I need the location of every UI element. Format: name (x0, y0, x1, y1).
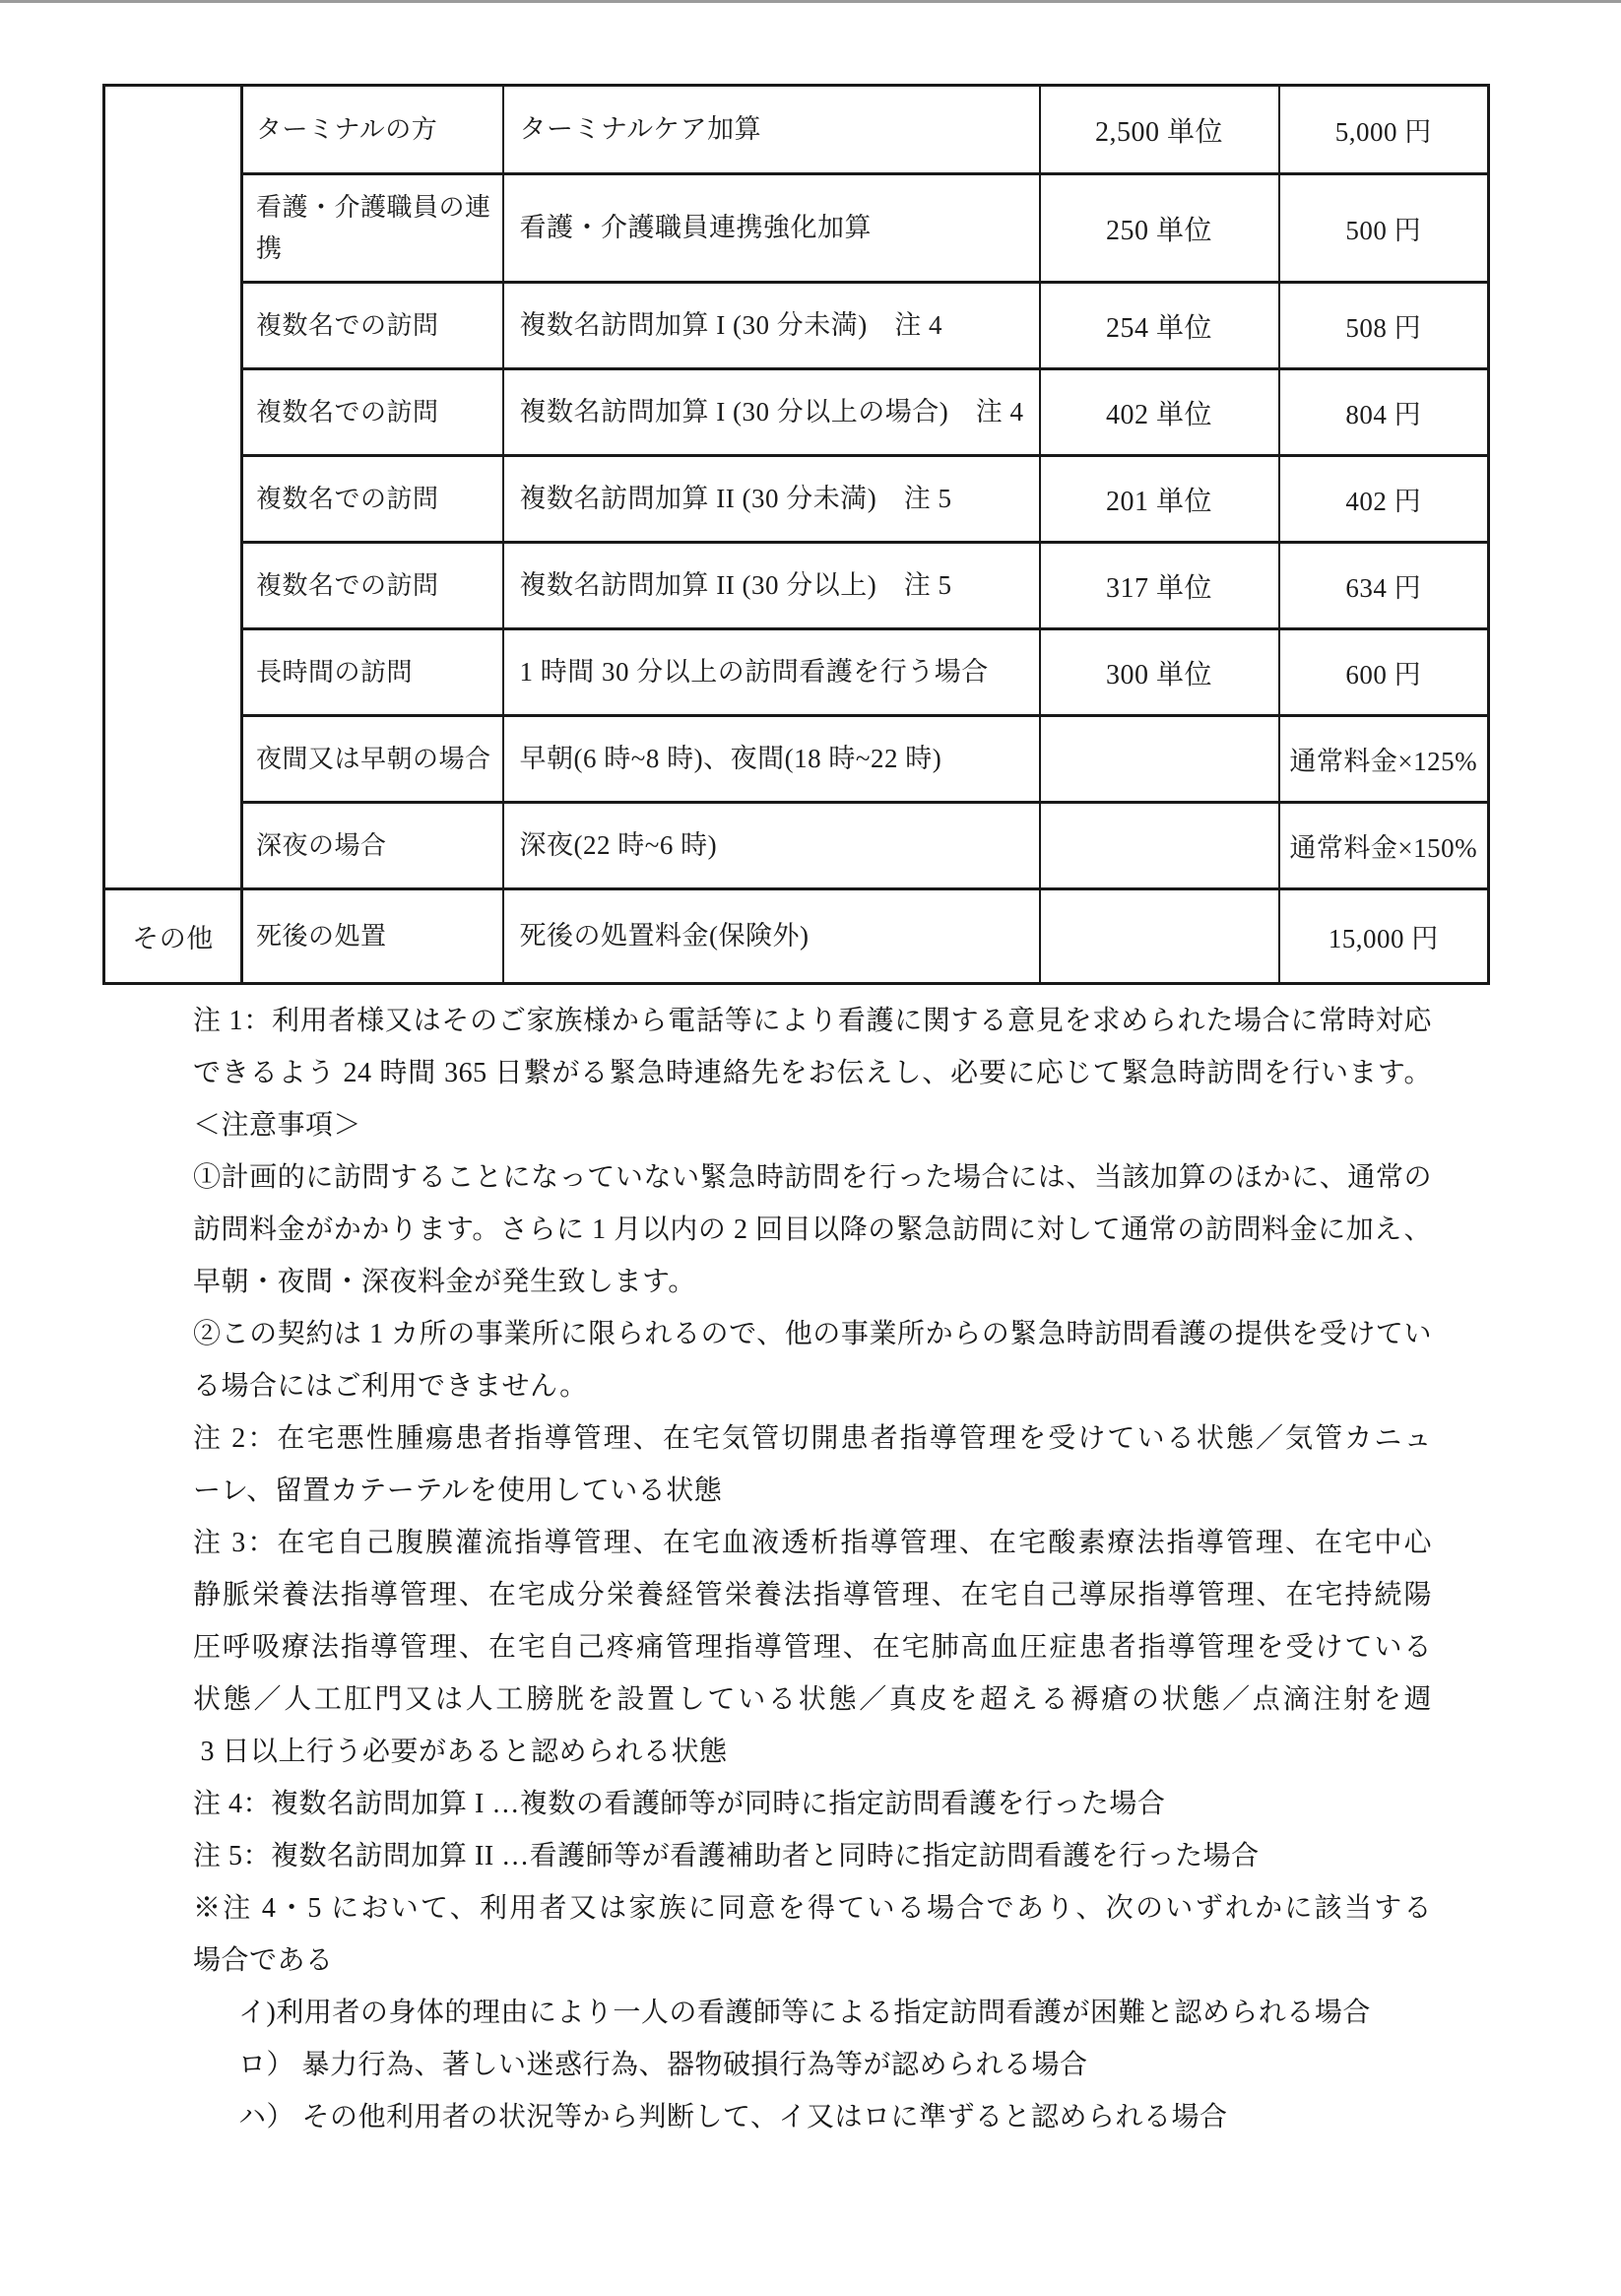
target-cell: 深夜の場合 (242, 803, 503, 889)
item-cell: 1 時間 30 分以上の訪問看護を行う場合 (503, 629, 1040, 716)
item-cell: 早朝(6 時~8 時)、夜間(18 時~22 時) (503, 716, 1040, 803)
price-cell: 500 円 (1279, 174, 1489, 283)
scan-artifact-line (0, 0, 1621, 3)
item-cell: 複数名訪問加算 II (30 分未満) 注 5 (503, 456, 1040, 543)
note-line: 注 5：複数名訪問加算 II …看護師等が看護補助者と同時に指定訪問看護を行った… (193, 1830, 1432, 1882)
price-cell: 634 円 (1279, 543, 1489, 629)
note-line: 注 3：在宅自己腹膜灌流指導管理、在宅血液透析指導管理、在宅酸素療法指導管理、在… (193, 1517, 1432, 1569)
note-line: 場合である (193, 1935, 1432, 1987)
fee-table-body: ターミナルの方ターミナルケア加算2,500 単位5,000 円看護・介護職員の連… (104, 86, 1489, 984)
fee-table-row: その他死後の処置死後の処置料金(保険外)15,000 円 (104, 889, 1489, 984)
target-cell: ターミナルの方 (242, 86, 503, 174)
note-line: 注 1：利用者様又はそのご家族様から電話等により看護に関する意見を求められた場合… (193, 995, 1432, 1047)
note-line: 注 4：複数名訪問加算 I …複数の看護師等が同時に指定訪問看護を行った場合 (193, 1778, 1432, 1830)
price-cell: 804 円 (1279, 369, 1489, 456)
price-cell: 5,000 円 (1279, 86, 1489, 174)
note-line: 静脈栄養法指導管理、在宅成分栄養経管栄養法指導管理、在宅自己導尿指導管理、在宅持… (193, 1569, 1432, 1621)
item-cell: 死後の処置料金(保険外) (503, 889, 1040, 984)
note-line: 状態／人工肛門又は人工膀胱を設置している状態／真皮を超える褥瘡の状態／点滴注射を… (193, 1673, 1432, 1726)
item-cell: 複数名訪問加算 I (30 分未満) 注 4 (503, 283, 1040, 369)
fee-table-row: 複数名での訪問複数名訪問加算 I (30 分未満) 注 4254 単位508 円 (104, 283, 1489, 369)
note-line: ハ） その他利用者の状況等から判断して、イ又はロに準ずると認められる場合 (193, 2091, 1432, 2143)
item-cell: 複数名訪問加算 I (30 分以上の場合) 注 4 (503, 369, 1040, 456)
price-cell: 15,000 円 (1279, 889, 1489, 984)
target-cell: 死後の処置 (242, 889, 503, 984)
item-cell: 看護・介護職員連携強化加算 (503, 174, 1040, 283)
note-line: 3 日以上行う必要があると認められる状態 (193, 1726, 1432, 1778)
item-cell: 深夜(22 時~6 時) (503, 803, 1040, 889)
units-cell: 254 単位 (1040, 283, 1279, 369)
target-cell: 複数名での訪問 (242, 283, 503, 369)
note-line: できるよう 24 時間 365 日繋がる緊急時連絡先をお伝えし、必要に応じて緊急… (193, 1047, 1432, 1099)
units-cell: 300 単位 (1040, 629, 1279, 716)
units-cell: 201 単位 (1040, 456, 1279, 543)
note-line: イ)利用者の身体的理由により一人の看護師等による指定訪問看護が困難と認められる場… (193, 1987, 1432, 2039)
note-line: ①計画的に訪問することになっていない緊急時訪問を行った場合には、当該加算のほかに… (193, 1151, 1432, 1204)
price-cell: 508 円 (1279, 283, 1489, 369)
units-cell: 250 単位 (1040, 174, 1279, 283)
units-cell (1040, 803, 1279, 889)
document-page: ターミナルの方ターミナルケア加算2,500 単位5,000 円看護・介護職員の連… (0, 0, 1621, 2296)
units-cell: 2,500 単位 (1040, 86, 1279, 174)
target-cell: 複数名での訪問 (242, 456, 503, 543)
item-cell: 複数名訪問加算 II (30 分以上) 注 5 (503, 543, 1040, 629)
price-cell: 通常料金×125% (1279, 716, 1489, 803)
fee-table-row: ターミナルの方ターミナルケア加算2,500 単位5,000 円 (104, 86, 1489, 174)
note-line: ※注 4・5 において、利用者又は家族に同意を得ている場合であり、次のいずれかに… (193, 1882, 1432, 1935)
fee-table-row: 複数名での訪問複数名訪問加算 II (30 分以上) 注 5317 単位634 … (104, 543, 1489, 629)
note-line: ーレ、留置カテーテルを使用している状態 (193, 1465, 1432, 1517)
category-cell: その他 (104, 889, 242, 984)
target-cell: 長時間の訪問 (242, 629, 503, 716)
fee-table-row: 深夜の場合深夜(22 時~6 時)通常料金×150% (104, 803, 1489, 889)
units-cell (1040, 889, 1279, 984)
fee-table: ターミナルの方ターミナルケア加算2,500 単位5,000 円看護・介護職員の連… (102, 84, 1490, 985)
price-cell: 402 円 (1279, 456, 1489, 543)
category-cell (104, 86, 242, 889)
fee-table-row: 複数名での訪問複数名訪問加算 II (30 分未満) 注 5201 単位402 … (104, 456, 1489, 543)
target-cell: 夜間又は早朝の場合 (242, 716, 503, 803)
price-cell: 600 円 (1279, 629, 1489, 716)
target-cell: 看護・介護職員の連携 (242, 174, 503, 283)
note-line: 訪問料金がかかります。さらに 1 月以内の 2 回目以降の緊急訪問に対して通常の… (193, 1204, 1432, 1256)
note-line: 圧呼吸療法指導管理、在宅自己疼痛管理指導管理、在宅肺高血圧症患者指導管理を受けて… (193, 1621, 1432, 1673)
units-cell (1040, 716, 1279, 803)
fee-table-row: 看護・介護職員の連携看護・介護職員連携強化加算250 単位500 円 (104, 174, 1489, 283)
item-cell: ターミナルケア加算 (503, 86, 1040, 174)
units-cell: 317 単位 (1040, 543, 1279, 629)
note-line: 早朝・夜間・深夜料金が発生致します。 (193, 1256, 1432, 1308)
note-line: ＜注意事項＞ (193, 1099, 1432, 1151)
note-line: 注 2：在宅悪性腫瘍患者指導管理、在宅気管切開患者指導管理を受けている状態／気管… (193, 1412, 1432, 1465)
notes-section: 注 1：利用者様又はそのご家族様から電話等により看護に関する意見を求められた場合… (193, 995, 1432, 2143)
target-cell: 複数名での訪問 (242, 543, 503, 629)
note-line: ロ） 暴力行為、著しい迷惑行為、器物破損行為等が認められる場合 (193, 2039, 1432, 2091)
fee-table-row: 夜間又は早朝の場合早朝(6 時~8 時)、夜間(18 時~22 時)通常料金×1… (104, 716, 1489, 803)
note-line: ②この契約は 1 カ所の事業所に限られるので、他の事業所からの緊急時訪問看護の提… (193, 1308, 1432, 1360)
fee-table-row: 複数名での訪問複数名訪問加算 I (30 分以上の場合) 注 4402 単位80… (104, 369, 1489, 456)
fee-table-row: 長時間の訪問1 時間 30 分以上の訪問看護を行う場合300 単位600 円 (104, 629, 1489, 716)
units-cell: 402 単位 (1040, 369, 1279, 456)
target-cell: 複数名での訪問 (242, 369, 503, 456)
note-line: る場合にはご利用できません。 (193, 1360, 1432, 1412)
price-cell: 通常料金×150% (1279, 803, 1489, 889)
